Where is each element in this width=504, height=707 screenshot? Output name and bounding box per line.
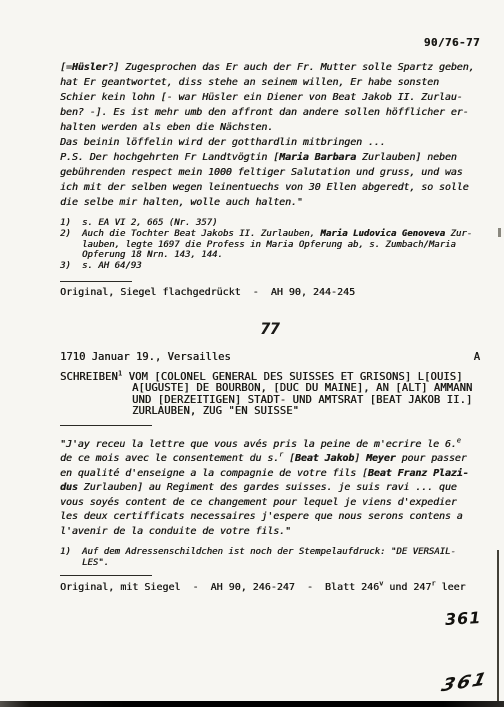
scanned-document-page: 90/76-77 [=Hüsler?] Zugesprochen das Er … bbox=[0, 0, 504, 707]
footnote-line: Auch die Tochter Beat Jakobs II. Zurlaub… bbox=[82, 229, 480, 240]
quote-line: vous soyés content de ce changement pour… bbox=[60, 496, 480, 511]
entry-77-date-row: 1710 Januar 19., Versailles A bbox=[60, 350, 480, 364]
entry-text-line: halten werden als eben die Nächsten. bbox=[60, 120, 480, 135]
footnote-number: 1) bbox=[60, 547, 82, 569]
entry-text-line: Das beinin löffelin wird der gotthardlin… bbox=[60, 135, 480, 150]
entry-text-line: ben? -]. Es ist mehr umb den affront dan… bbox=[60, 105, 480, 120]
footnote-number: 3) bbox=[60, 261, 82, 272]
entry-77-source-line: Original, mit Siegel - AH 90, 246-247 - … bbox=[60, 581, 480, 595]
footnote-text: Auf dem Adressenschildchen ist noch der … bbox=[82, 547, 480, 569]
separator-rule bbox=[60, 281, 132, 282]
entry-77-footnotes: 1) Auf dem Adressenschildchen ist noch d… bbox=[60, 547, 480, 569]
handwritten-page-number-upper: 361 bbox=[444, 608, 481, 629]
page-content: 90/76-77 [=Hüsler?] Zugesprochen das Er … bbox=[60, 36, 480, 595]
handwritten-page-number-lower: 361 bbox=[440, 669, 491, 697]
footnote-text: Auch die Tochter Beat Jakobs II. Zurlaub… bbox=[82, 229, 480, 261]
scan-edge-bottom bbox=[0, 701, 504, 707]
scan-edge-mark bbox=[498, 228, 501, 237]
quote-line: les deux certifficats necessaires j'espe… bbox=[60, 510, 480, 525]
entry-76-body: [=Hüsler?] Zugesprochen das Er auch der … bbox=[60, 60, 480, 210]
letter-heading: SCHREIBEN1 VOM [COLONEL GENERAL DES SUIS… bbox=[60, 372, 480, 418]
date-line: 1710 Januar 19., Versailles bbox=[60, 350, 231, 364]
quote-line: l'avenir de la conduite de votre fils." bbox=[60, 525, 480, 540]
entry-text-line: Schier kein lohn [- war Hüsler ein Diene… bbox=[60, 90, 480, 105]
footnote-number: 1) bbox=[60, 218, 82, 229]
quote-line: de ce mois avec le consentement du s.r [… bbox=[60, 452, 480, 467]
footnote-number: 2) bbox=[60, 229, 82, 261]
footnote-line: s. EA VI 2, 665 (Nr. 357) bbox=[82, 218, 480, 229]
footnote-line: lauben, legte 1697 die Profess in Maria … bbox=[82, 240, 480, 251]
footnote-line: LES". bbox=[82, 558, 480, 569]
footnote: 1) Auf dem Adressenschildchen ist noch d… bbox=[60, 547, 480, 569]
page-reference-number: 90/76-77 bbox=[60, 36, 480, 50]
quoted-letter-text: "J'ay receu la lettre que vous avés pris… bbox=[60, 438, 480, 540]
entry-text-line: hat Er geantwortet, diss stehe an seinem… bbox=[60, 75, 480, 90]
entry-number-heading: 77 bbox=[60, 320, 480, 338]
footnote-line: s. AH 64/93 bbox=[82, 261, 480, 272]
entry-text-line: [=Hüsler?] Zugesprochen das Er auch der … bbox=[60, 60, 480, 75]
scan-edge-right bbox=[497, 550, 499, 707]
footnote-text: s. AH 64/93 bbox=[82, 261, 480, 272]
entry-text-line: ich mit der selben wegen leinentuechs vo… bbox=[60, 180, 480, 195]
footnote: 1) s. EA VI 2, 665 (Nr. 357) bbox=[60, 218, 480, 229]
marginal-letter: A bbox=[474, 350, 480, 364]
entry-text-line: gebührenden respect mein 1000 feltiger S… bbox=[60, 165, 480, 180]
footnote-line: Auf dem Adressenschildchen ist noch der … bbox=[82, 547, 480, 558]
quote-line: dus Zurlauben] au Regiment des gardes su… bbox=[60, 481, 480, 496]
separator-rule bbox=[60, 425, 152, 426]
footnote: 3) s. AH 64/93 bbox=[60, 261, 480, 272]
entry-text-line: die selbe mir halten, wolle auch halten.… bbox=[60, 195, 480, 210]
quote-line: en qualité d'enseigne a la compagnie de … bbox=[60, 467, 480, 482]
entry-76-footnotes: 1) s. EA VI 2, 665 (Nr. 357) 2) Auch die… bbox=[60, 218, 480, 272]
footnote: 2) Auch die Tochter Beat Jakobs II. Zurl… bbox=[60, 229, 480, 261]
footnote-text: s. EA VI 2, 665 (Nr. 357) bbox=[82, 218, 480, 229]
quote-line: "J'ay receu la lettre que vous avés pris… bbox=[60, 438, 480, 453]
entry-76-source-line: Original, Siegel flachgedrückt - AH 90, … bbox=[60, 286, 480, 300]
separator-rule bbox=[60, 575, 152, 576]
footnote-line: Opferung 18 Nrn. 143, 144. bbox=[82, 250, 480, 261]
entry-text-line: P.S. Der hochgehrten Fr Landtvögtin [Mar… bbox=[60, 150, 480, 165]
letter-heading-line: ZURLAUBEN, ZUG "EN SUISSE" bbox=[60, 406, 480, 418]
